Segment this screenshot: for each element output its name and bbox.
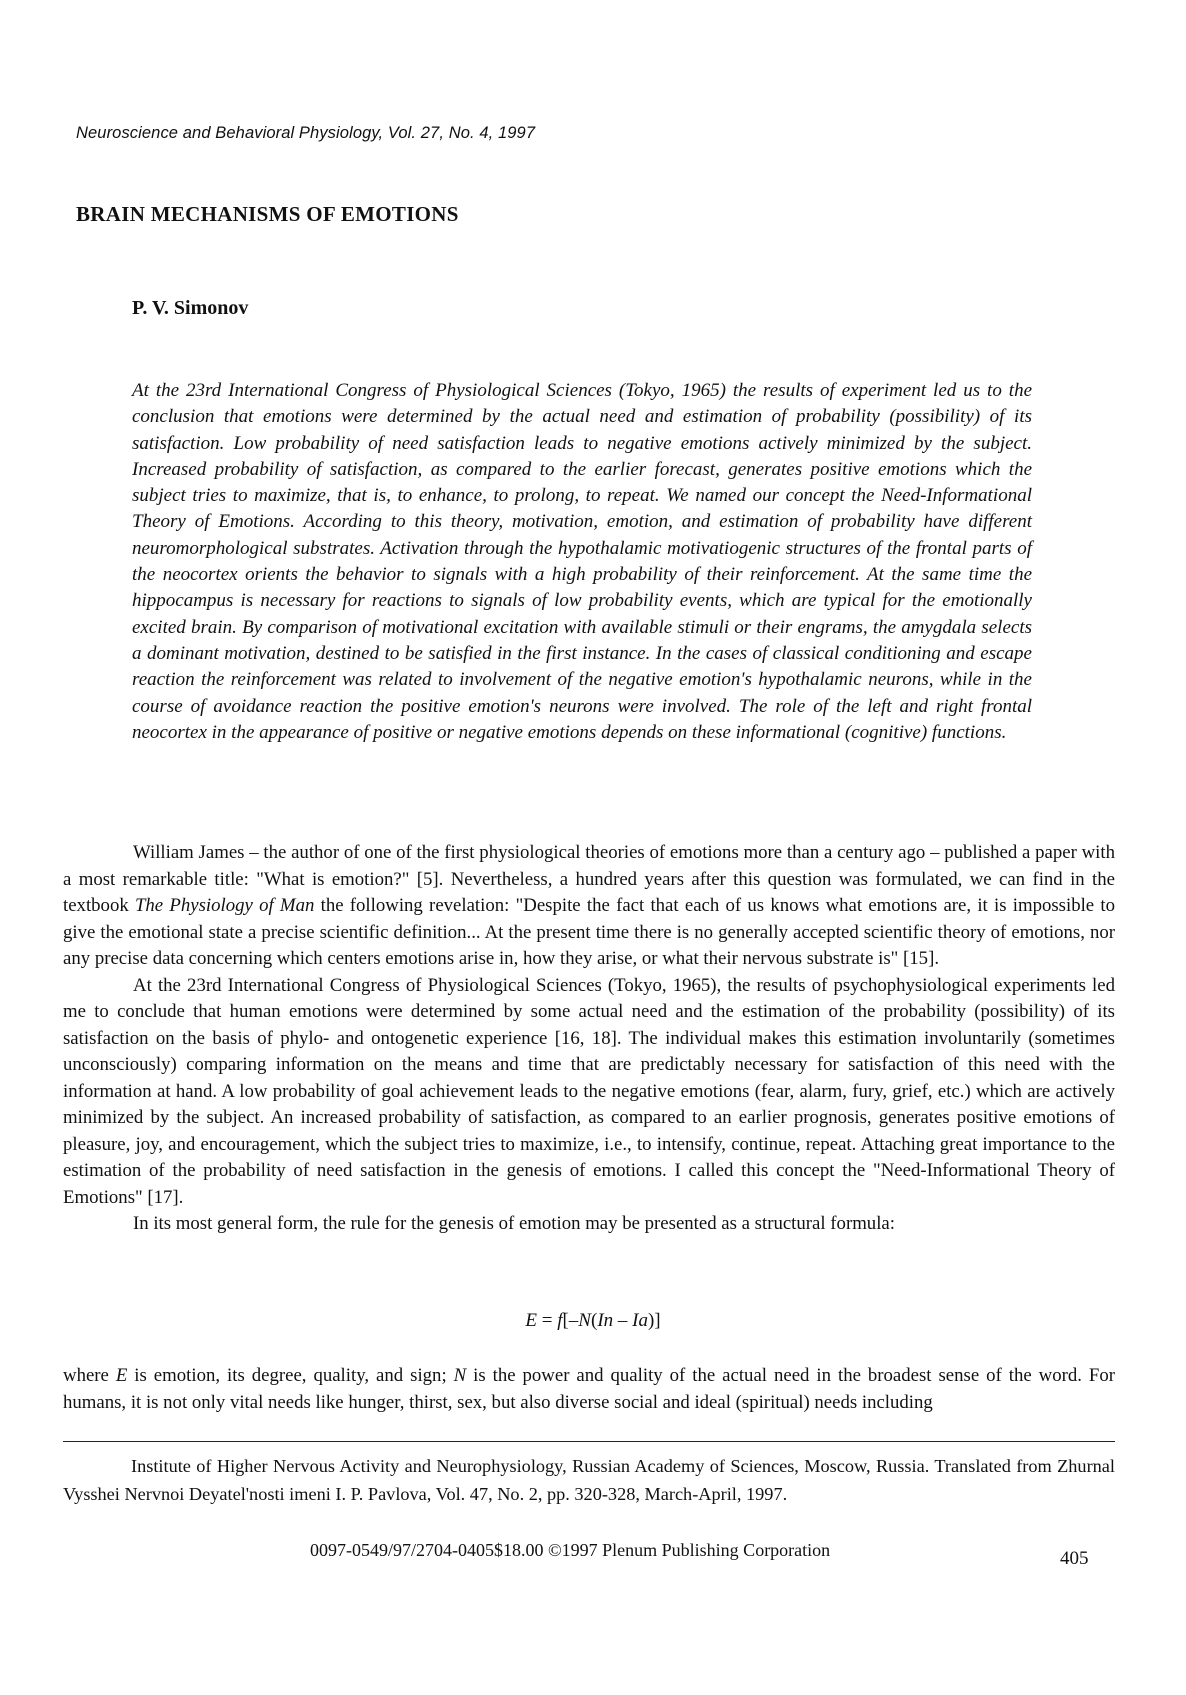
formula-minus: – (613, 1310, 632, 1331)
formula-equals: = (537, 1310, 557, 1331)
affiliation-note: Institute of Higher Nervous Activity and… (63, 1452, 1115, 1508)
copyright-line: 0097-0549/97/2704-0405$18.00 ©1997 Plenu… (310, 1540, 830, 1561)
formula-in: In (597, 1310, 613, 1331)
footnote: Institute of Higher Nervous Activity and… (63, 1452, 1115, 1508)
journal-header: Neuroscience and Behavioral Physiology, … (76, 124, 535, 143)
structural-formula: E = f[–N(In – Ia)] (0, 1310, 1186, 1332)
where-e: E (116, 1365, 127, 1386)
formula-e: E (525, 1310, 537, 1331)
article-author: P. V. Simonov (132, 297, 248, 320)
formula-open: [– (562, 1310, 578, 1331)
where-text-2: is emotion, its degree, quality, and sig… (127, 1365, 453, 1386)
paragraph-3: In its most general form, the rule for t… (63, 1211, 1115, 1238)
where-n: N (454, 1365, 467, 1386)
abstract: At the 23rd International Congress of Ph… (132, 378, 1032, 746)
formula-ia: Ia (632, 1310, 648, 1331)
body-text: William James – the author of one of the… (63, 840, 1115, 1238)
book-title: The Physiology of Man (135, 895, 314, 916)
formula-close: )] (648, 1310, 661, 1331)
article-title: BRAIN MECHANISMS OF EMOTIONS (76, 202, 459, 227)
footnote-divider (63, 1441, 1115, 1442)
page-number: 405 (1060, 1548, 1089, 1570)
formula-explanation: where E is emotion, its degree, quality,… (63, 1362, 1115, 1416)
paragraph-1: William James – the author of one of the… (63, 840, 1115, 973)
paragraph-2: At the 23rd International Congress of Ph… (63, 973, 1115, 1212)
formula-n: N (578, 1310, 591, 1331)
where-text-1: where (63, 1365, 116, 1386)
